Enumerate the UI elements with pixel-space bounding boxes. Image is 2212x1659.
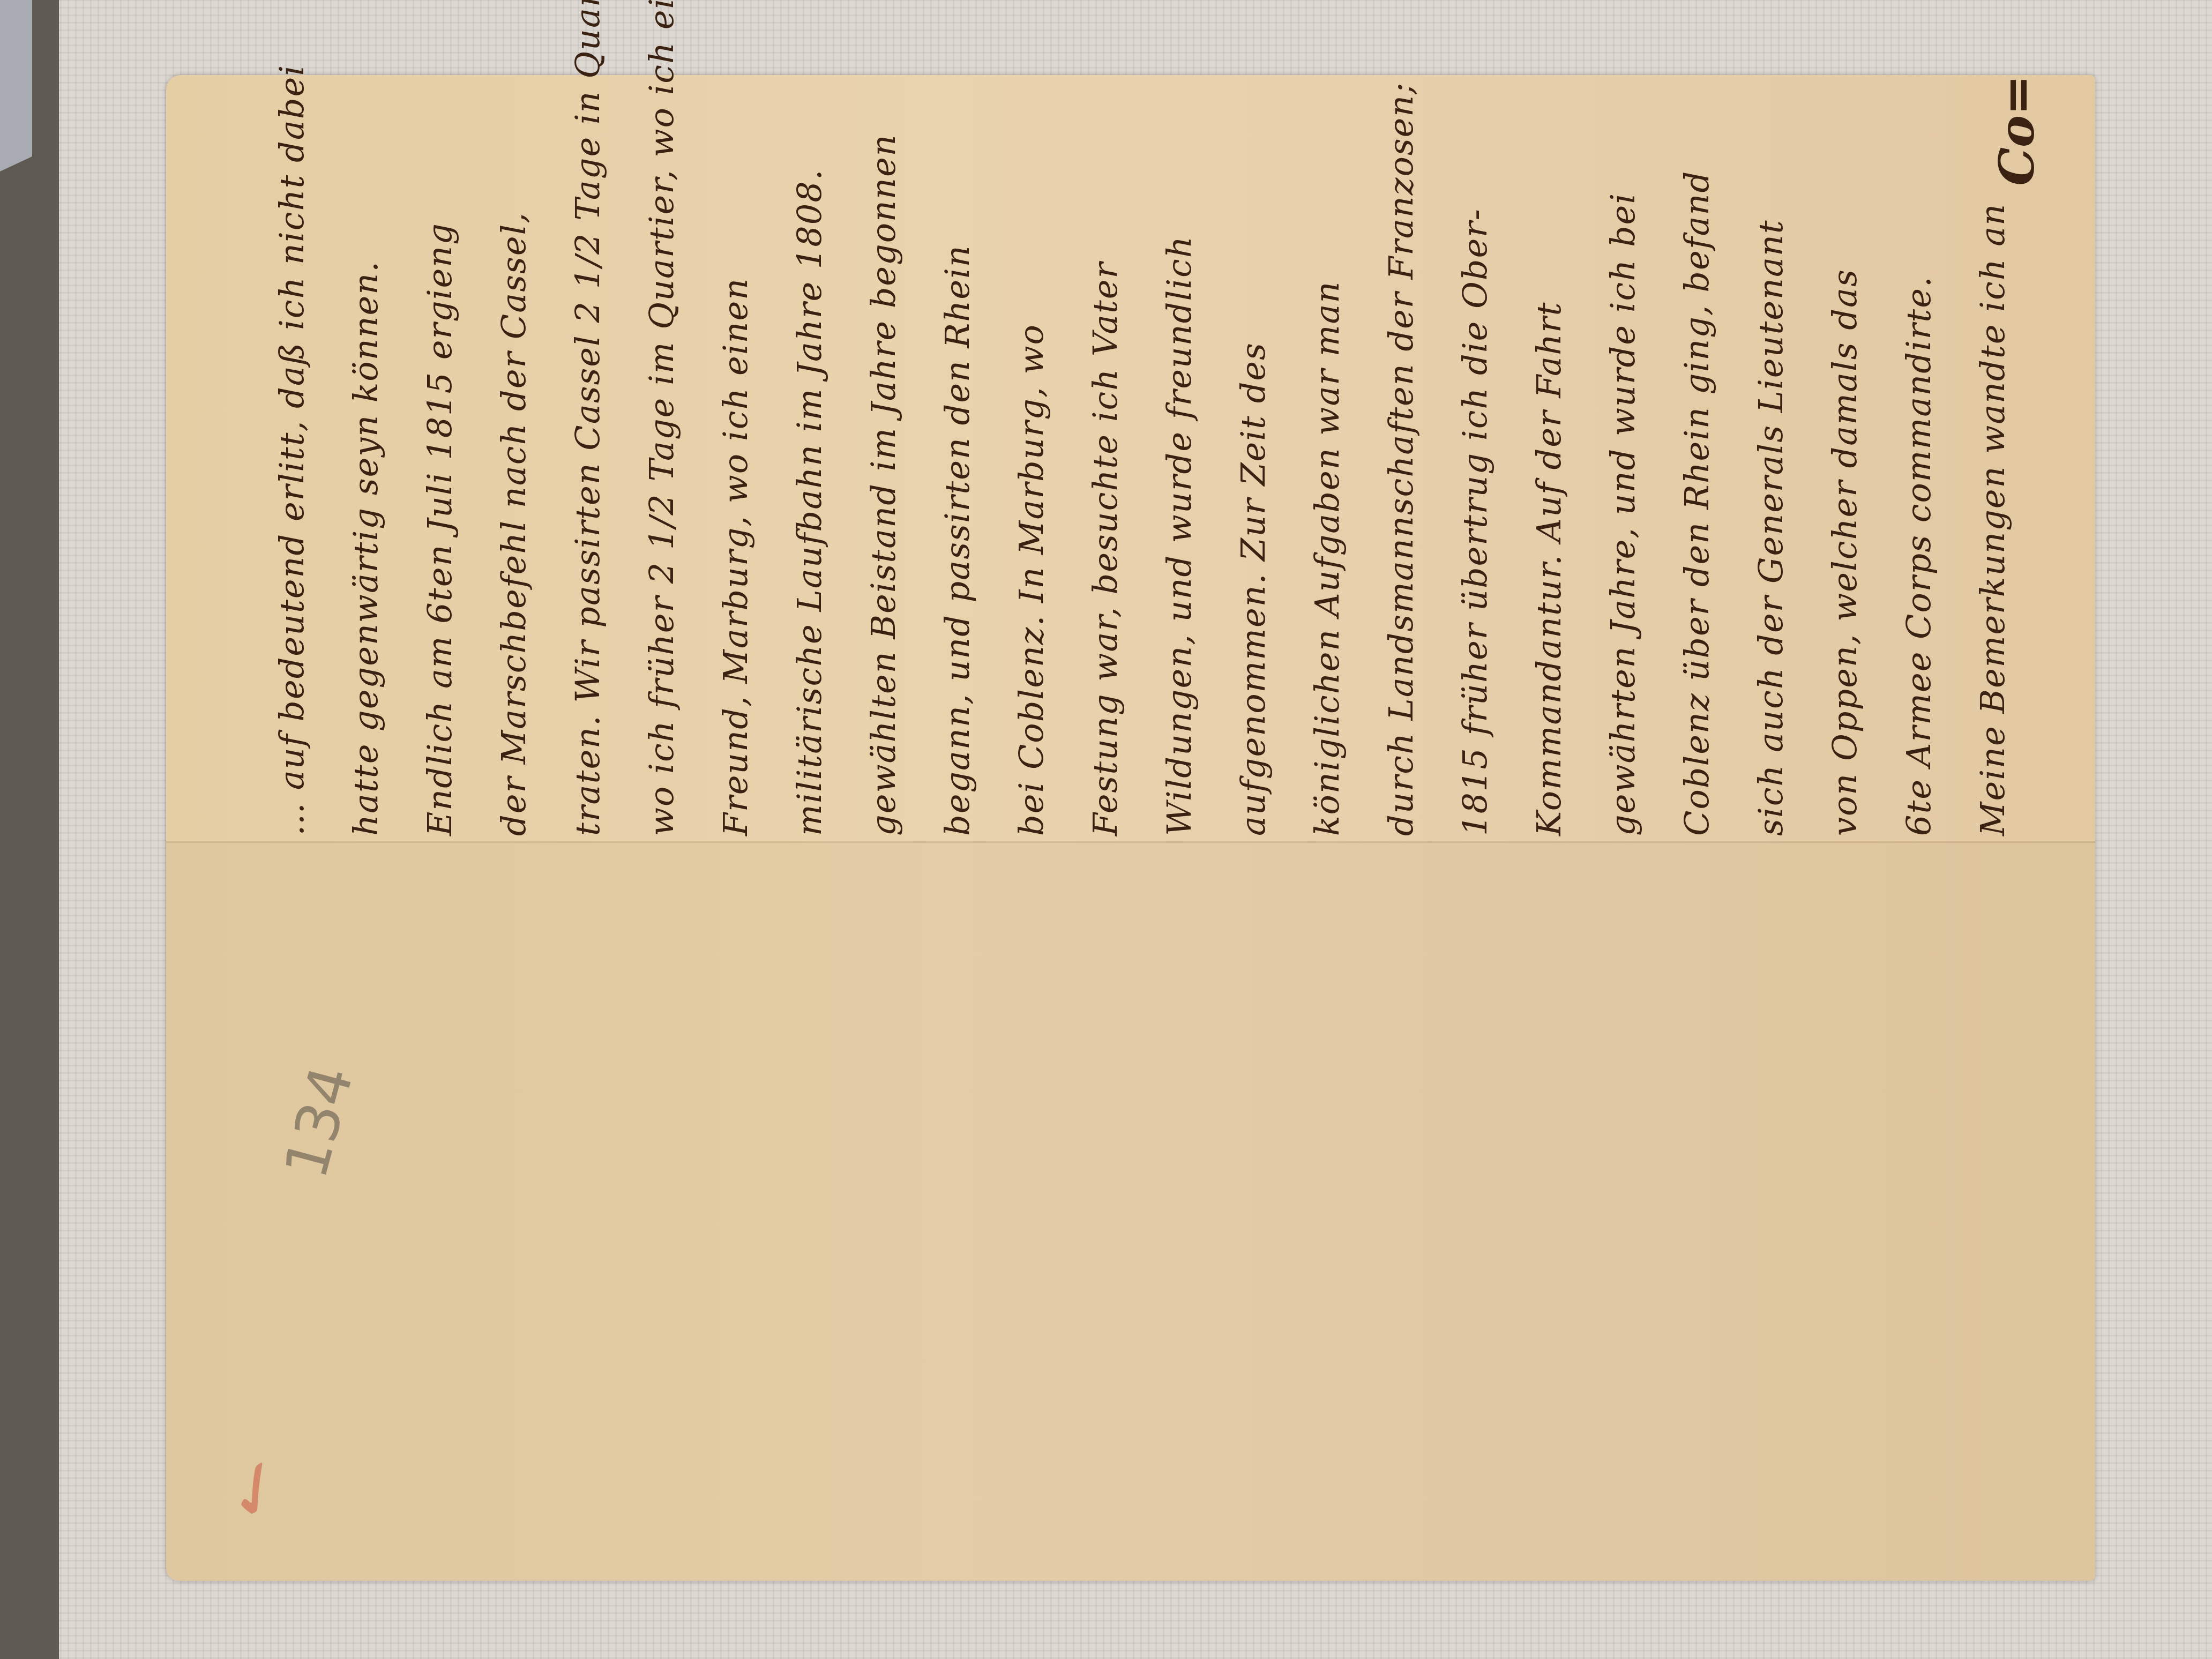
- text-line: Festung war, besuchte ich Vater: [1065, 107, 1146, 836]
- text-line: … auf bedeutend erlitt, daß ich nicht da…: [252, 107, 332, 836]
- blank-lower-half: [166, 843, 2095, 1581]
- text-line: begann, und passirten den Rhein: [917, 107, 998, 836]
- text-line: gewählten Beistand im Jahre begonnen: [843, 107, 924, 836]
- text-line: 1815 früher übertrug ich die Ober-: [1435, 107, 1515, 836]
- text-line: 6te Armee Corps commandirte.: [1879, 107, 1959, 836]
- text-line: sich auch der Generals Lieutenant: [1731, 107, 1811, 836]
- text-line: Kommandantur. Auf der Fahrt: [1509, 107, 1589, 836]
- catch-word: Co=: [1989, 74, 2045, 185]
- text-line: Endlich am 6ten Juli 1815 ergieng: [400, 107, 480, 836]
- text-line: aufgenommen. Zur Zeit des: [1213, 107, 1294, 836]
- text-line: bei Coblenz. In Marburg, wo: [991, 107, 1072, 836]
- text-line: gewährten Jahre, und wurde ich bei: [1583, 107, 1663, 836]
- corner-paper-scrap: [0, 0, 32, 171]
- text-line: wo ich früher 2 1/2 Tage im Quartier, wo…: [622, 107, 702, 836]
- handwritten-text-block: … auf bedeutend erlitt, daß ich nicht da…: [252, 96, 2042, 836]
- text-line: hatte gegenwärtig seyn können.: [326, 107, 406, 836]
- text-line: Wildungen, und wurde freundlich: [1139, 107, 1220, 836]
- text-line: der Marschbefehl nach der Cassel,: [474, 107, 554, 836]
- text-line: von Oppen, welcher damals das: [1805, 107, 1885, 836]
- dark-surface-edge: [0, 0, 59, 1659]
- document-page: … auf bedeutend erlitt, daß ich nicht da…: [166, 75, 2095, 1581]
- text-line: königlichen Aufgaben war man: [1287, 107, 1367, 836]
- text-line: Coblenz über den Rhein ging, befand: [1657, 107, 1737, 836]
- text-line: militärische Laufbahn im Jahre 1808.: [769, 107, 850, 836]
- text-line: durch Landsmannschaften der Franzosen;: [1361, 107, 1441, 836]
- text-line: Freund, Marburg, wo ich einen: [696, 107, 776, 836]
- text-line: traten. Wir passirten Cassel 2 1/2 Tage …: [548, 107, 628, 836]
- text-line: Meine Bemerkungen wandte ich an: [1953, 107, 2033, 836]
